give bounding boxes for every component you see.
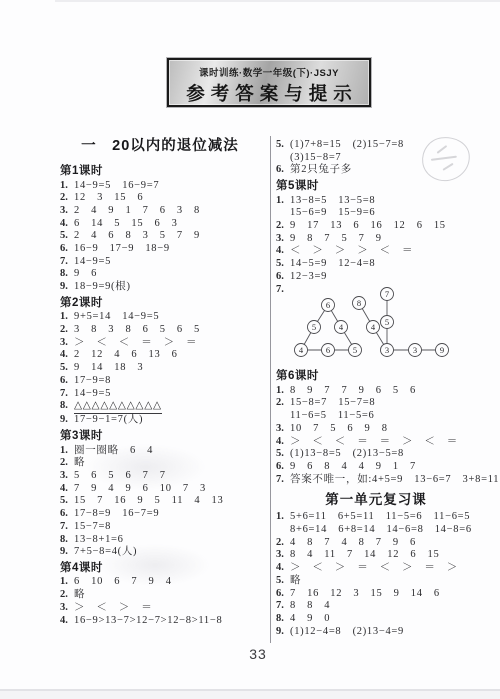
item-number: 7. bbox=[60, 388, 74, 401]
answer-item: 6.9 6 8 4 4 9 1 7 bbox=[276, 461, 476, 474]
answer-item: 7.8 8 4 bbox=[276, 600, 476, 613]
item-text-continued: 11−6=5 11−5=6 bbox=[276, 410, 476, 423]
page-title: 参考答案与提示 bbox=[169, 80, 369, 106]
graph-node-value: 5 bbox=[385, 317, 389, 327]
item-text: 17−9−1=7(人) bbox=[74, 414, 143, 427]
answer-item: 5.14−5=9 12−4=8 bbox=[276, 258, 476, 271]
item-text: 17−9=8 bbox=[74, 375, 111, 388]
answer-item: 2.4 8 7 4 8 7 9 6 bbox=[276, 537, 476, 550]
item-number: 9. bbox=[60, 546, 74, 559]
page-bottom-shadow bbox=[0, 691, 500, 699]
graph-node-value: 6 bbox=[326, 345, 330, 355]
item-text: 15−7=8 bbox=[74, 521, 111, 534]
item-number: 4. bbox=[276, 436, 290, 449]
number-graph-diagram: 6544658745339 bbox=[294, 286, 456, 362]
item-text: 14−9=5 bbox=[74, 256, 111, 269]
item-number: 6. bbox=[276, 588, 290, 601]
item-text: 9+5=14 14−9=5 bbox=[74, 311, 159, 324]
answer-item: 7.6544658745339 bbox=[276, 284, 476, 368]
answer-item: 8.△△△△△△△△△△ bbox=[60, 400, 260, 414]
answer-item: 9.18−9=9(根) bbox=[60, 281, 260, 294]
answer-item: 2.3 8 3 8 6 5 6 5 bbox=[60, 324, 260, 337]
item-number: 7. bbox=[276, 284, 290, 297]
answer-item: 6.12−3=9 bbox=[276, 271, 476, 284]
item-text: 12−3=9 bbox=[290, 271, 327, 284]
item-number: 8. bbox=[60, 268, 74, 281]
answer-item: 3.＞ ＜ ＜ ＝ ＞ ＝ bbox=[60, 337, 260, 350]
item-number: 2. bbox=[276, 537, 290, 550]
item-text: 2 4 6 8 3 5 7 9 bbox=[74, 230, 200, 243]
item-text: 略 bbox=[74, 457, 85, 470]
item-text: 4 9 0 bbox=[290, 613, 330, 626]
item-text: 2 4 9 1 7 6 3 8 bbox=[74, 205, 200, 218]
item-number: 6. bbox=[60, 243, 74, 256]
item-text: 5 6 5 6 7 7 bbox=[74, 470, 166, 483]
item-text-continued: (3)15−8=7 bbox=[276, 152, 476, 165]
answer-item: 4.＜ ＞ ＞ ＞ ＜ ＝ bbox=[276, 245, 476, 258]
graph-node-value: 3 bbox=[385, 345, 389, 355]
answer-item: 7.答案不唯一，如:4+5=9 13−6=7 3+8=11 bbox=[276, 474, 476, 487]
item-number: 8. bbox=[60, 534, 74, 547]
answer-item: 2.12 3 15 6 bbox=[60, 192, 260, 205]
lesson-heading: 第5课时 bbox=[276, 180, 476, 193]
answer-item: 6.第2只兔子多 bbox=[276, 164, 476, 177]
item-text: 第2只兔子多 bbox=[290, 164, 352, 177]
item-text: 7+5−8=4(人) bbox=[74, 546, 137, 559]
graph-wrapper: 6544658745339 bbox=[294, 286, 456, 367]
item-text: 9 6 bbox=[74, 268, 97, 281]
item-text: 13−8=5 13−5=8 bbox=[290, 195, 375, 208]
item-number: 6. bbox=[276, 461, 290, 474]
item-number: 3. bbox=[276, 549, 290, 562]
item-text: (1)12−4=8 (2)13−4=9 bbox=[290, 626, 404, 639]
graph-node-value: 3 bbox=[413, 345, 417, 355]
item-text: 4 8 7 4 8 7 9 6 bbox=[290, 537, 416, 550]
item-number: 1. bbox=[276, 511, 290, 524]
answer-item: 2.9 17 13 6 16 12 6 15 bbox=[276, 220, 476, 233]
item-text: 6 14 5 15 6 3 bbox=[74, 218, 178, 231]
item-number: 7. bbox=[60, 521, 74, 534]
lesson-heading: 第6课时 bbox=[276, 370, 476, 383]
answer-item: 3.5 6 5 6 7 7 bbox=[60, 470, 260, 483]
answer-item: 7.14−9=5 bbox=[60, 388, 260, 401]
item-text-continued: 8+6=14 6+8=14 14−6=8 14−8=6 bbox=[276, 524, 476, 537]
item-number: 3. bbox=[60, 337, 74, 350]
item-text: 9 14 18 3 bbox=[74, 362, 143, 375]
answer-item: 3.10 7 5 6 9 8 bbox=[276, 423, 476, 436]
item-number: 7. bbox=[276, 600, 290, 613]
answer-item: 1.6 10 6 7 9 4 bbox=[60, 576, 260, 589]
item-text: 16−9>13−7>12−7>12−8>11−8 bbox=[74, 615, 222, 628]
item-text: 12 3 15 6 bbox=[74, 192, 143, 205]
item-text: 17−8=9 16−7=9 bbox=[74, 508, 159, 521]
answer-item: 2.15−8=7 15−7=8 bbox=[276, 397, 476, 410]
answer-item: 3.＞ ＜ ＞ ＝ bbox=[60, 602, 260, 615]
item-number: 3. bbox=[60, 205, 74, 218]
answer-item: 5.(1)7+8=15 (2)15−7=8 bbox=[276, 139, 476, 152]
item-number: 7. bbox=[276, 474, 290, 487]
item-text: 14−9=5 16−9=7 bbox=[74, 180, 159, 193]
item-number: 4. bbox=[60, 483, 74, 496]
item-number: 1. bbox=[60, 180, 74, 193]
answer-item: 5.2 4 6 8 3 5 7 9 bbox=[60, 230, 260, 243]
item-number: 3. bbox=[276, 423, 290, 436]
item-text: 略 bbox=[74, 589, 85, 602]
answer-item: 6.16−9 17−9 18−9 bbox=[60, 243, 260, 256]
item-number: 1. bbox=[60, 576, 74, 589]
answer-item: 4.2 12 4 6 13 6 bbox=[60, 349, 260, 362]
answer-item: 5.15 7 16 9 5 11 4 13 bbox=[60, 495, 260, 508]
item-text: 7 9 4 9 6 10 7 3 bbox=[74, 483, 206, 496]
answer-item: 5.(1)13−8=5 (2)13−5=8 bbox=[276, 448, 476, 461]
item-number: 9. bbox=[60, 281, 74, 294]
item-number: 4. bbox=[60, 218, 74, 231]
item-text: 5+6=11 6+5=11 11−5=6 11−6=5 bbox=[290, 511, 470, 524]
item-text: 略 bbox=[290, 575, 301, 588]
item-number: 2. bbox=[276, 397, 290, 410]
answer-item: 4.＞ ＜ ＞ ＝ ＜ ＞ ＝ ＞ bbox=[276, 562, 476, 575]
answer-item: 8.4 9 0 bbox=[276, 613, 476, 626]
item-number: 4. bbox=[276, 562, 290, 575]
item-number: 2. bbox=[60, 324, 74, 337]
item-text: (1)7+8=15 (2)15−7=8 bbox=[290, 139, 404, 152]
answer-item: 5.略 bbox=[276, 575, 476, 588]
answer-item: 1.圈一圈略 6 4 bbox=[60, 445, 260, 458]
item-text-continued: 15−6=9 15−9=6 bbox=[276, 207, 476, 220]
item-text: 答案不唯一，如:4+5=9 13−6=7 3+8=11 bbox=[290, 474, 499, 487]
item-number: 8. bbox=[276, 613, 290, 626]
answer-item: 4.＞ ＜ ＜ ＝ ＝ ＞ ＜ ＝ bbox=[276, 436, 476, 449]
item-text: 9 8 7 5 7 9 bbox=[290, 233, 382, 246]
graph-node-value: 5 bbox=[312, 322, 316, 332]
item-number: 1. bbox=[276, 385, 290, 398]
item-text: 16−9 17−9 18−9 bbox=[74, 243, 170, 256]
answer-item: 6.17−8=9 16−7=9 bbox=[60, 508, 260, 521]
item-text: 6 10 6 7 9 4 bbox=[74, 576, 172, 589]
lesson-heading: 第4课时 bbox=[60, 562, 260, 575]
item-number: 5. bbox=[60, 362, 74, 375]
answer-item: 4.6 14 5 15 6 3 bbox=[60, 218, 260, 231]
answer-item: 8.13−8+1=6 bbox=[60, 534, 260, 547]
graph-node-value: 7 bbox=[385, 289, 389, 299]
lesson-heading: 第1课时 bbox=[60, 165, 260, 178]
item-number: 5. bbox=[276, 258, 290, 271]
item-text: 圈一圈略 6 4 bbox=[74, 445, 153, 458]
answer-item: 9.(1)12−4=8 (2)13−4=9 bbox=[276, 626, 476, 639]
item-number: 4. bbox=[276, 245, 290, 258]
graph-node-value: 9 bbox=[440, 345, 444, 355]
item-text: 8 8 4 bbox=[290, 600, 330, 613]
item-text: 8 4 11 7 14 12 6 15 bbox=[290, 549, 439, 562]
answer-item: 7.15−7=8 bbox=[60, 521, 260, 534]
item-text: 15 7 16 9 5 11 4 13 bbox=[74, 495, 223, 508]
item-number: 1. bbox=[60, 311, 74, 324]
item-number: 7. bbox=[60, 256, 74, 269]
item-number: 5. bbox=[60, 230, 74, 243]
answer-item: 1.14−9=5 16−9=7 bbox=[60, 180, 260, 193]
answer-item: 3.8 4 11 7 14 12 6 15 bbox=[276, 549, 476, 562]
item-text: ＞ ＜ ＜ ＝ ＝ ＞ ＜ ＝ bbox=[290, 436, 458, 449]
item-number: 5. bbox=[276, 139, 290, 152]
answer-item: 1.5+6=11 6+5=11 11−5=6 11−6=5 bbox=[276, 511, 476, 524]
header-banner: 课时训练·数学一年级(下)·JSJY 参考答案与提示 bbox=[167, 58, 371, 107]
answer-item: 4.16−9>13−7>12−7>12−8>11−8 bbox=[60, 615, 260, 628]
answer-item: 7.14−9=5 bbox=[60, 256, 260, 269]
item-text: 18−9=9(根) bbox=[74, 281, 131, 294]
item-text: 3 8 3 8 6 5 6 5 bbox=[74, 324, 200, 337]
item-text: ＞ ＜ ＞ ＝ ＜ ＞ ＝ ＞ bbox=[290, 562, 458, 575]
answer-item: 2.略 bbox=[60, 589, 260, 602]
column-divider bbox=[270, 136, 271, 643]
item-number: 5. bbox=[276, 575, 290, 588]
answer-item: 4.7 9 4 9 6 10 7 3 bbox=[60, 483, 260, 496]
item-number: 9. bbox=[60, 414, 74, 427]
item-number: 2. bbox=[60, 457, 74, 470]
item-text: 8 9 7 7 9 6 5 6 bbox=[290, 385, 416, 398]
answer-item: 1.8 9 7 7 9 6 5 6 bbox=[276, 385, 476, 398]
answer-item: 9.17−9−1=7(人) bbox=[60, 414, 260, 427]
page-number: 33 bbox=[238, 646, 278, 662]
item-number: 3. bbox=[60, 602, 74, 615]
scanned-answer-page: 课时训练·数学一年级(下)·JSJY 参考答案与提示 一 20以内的退位减法第1… bbox=[0, 0, 500, 699]
item-text: 10 7 5 6 9 8 bbox=[290, 423, 388, 436]
item-text: (1)13−8=5 (2)13−5=8 bbox=[290, 448, 404, 461]
item-number: 5. bbox=[276, 448, 290, 461]
item-text: △△△△△△△△△△ bbox=[74, 400, 162, 414]
item-text: ＜ ＞ ＞ ＞ ＜ ＝ bbox=[290, 245, 413, 258]
item-number: 6. bbox=[276, 271, 290, 284]
item-number: 5. bbox=[60, 495, 74, 508]
item-text: 15−8=7 15−7=8 bbox=[290, 397, 375, 410]
graph-node-value: 5 bbox=[353, 345, 357, 355]
answer-item: 1.13−8=5 13−5=8 bbox=[276, 195, 476, 208]
item-number: 3. bbox=[60, 470, 74, 483]
graph-node-value: 8 bbox=[357, 298, 361, 308]
answer-item: 1.9+5=14 14−9=5 bbox=[60, 311, 260, 324]
answer-item: 6.7 16 12 3 15 9 14 6 bbox=[276, 588, 476, 601]
answer-item: 2.略 bbox=[60, 457, 260, 470]
item-number: 6. bbox=[276, 164, 290, 177]
answer-item: 5.9 14 18 3 bbox=[60, 362, 260, 375]
item-number: 3. bbox=[276, 233, 290, 246]
page-top-edge bbox=[55, 0, 500, 2]
item-number: 1. bbox=[60, 445, 74, 458]
item-number: 6. bbox=[60, 508, 74, 521]
item-number: 8. bbox=[60, 400, 74, 413]
answers-column-right: 5.(1)7+8=15 (2)15−7=8(3)15−8=76.第2只兔子多第5… bbox=[276, 139, 476, 638]
answer-item: 9.7+5−8=4(人) bbox=[60, 546, 260, 559]
item-text: 13−8+1=6 bbox=[74, 534, 124, 547]
item-text: ＞ ＜ ＞ ＝ bbox=[74, 602, 152, 615]
answer-item: 3.2 4 9 1 7 6 3 8 bbox=[60, 205, 260, 218]
item-text: 2 12 4 6 13 6 bbox=[74, 349, 178, 362]
item-number: 1. bbox=[276, 195, 290, 208]
book-series-label: 课时训练·数学一年级(下)·JSJY bbox=[169, 65, 369, 79]
answer-item: 8.9 6 bbox=[60, 268, 260, 281]
item-number: 2. bbox=[60, 192, 74, 205]
answer-item: 6.17−9=8 bbox=[60, 375, 260, 388]
item-number: 4. bbox=[60, 349, 74, 362]
item-text: 14−5=9 12−4=8 bbox=[290, 258, 375, 271]
review-heading: 第一单元复习课 bbox=[276, 491, 476, 508]
item-text: 9 17 13 6 16 12 6 15 bbox=[290, 220, 446, 233]
item-number: 2. bbox=[60, 589, 74, 602]
item-number: 9. bbox=[276, 626, 290, 639]
item-number: 2. bbox=[276, 220, 290, 233]
answer-item: 3.9 8 7 5 7 9 bbox=[276, 233, 476, 246]
item-number: 4. bbox=[60, 615, 74, 628]
item-number: 6. bbox=[60, 375, 74, 388]
answers-column-left: 一 20以内的退位减法第1课时1.14−9=5 16−9=72.12 3 15 … bbox=[60, 137, 260, 627]
item-text: ＞ ＜ ＜ ＝ ＞ ＝ bbox=[74, 337, 197, 350]
item-text: 9 6 8 4 4 9 1 7 bbox=[290, 461, 416, 474]
unit-heading: 一 20以内的退位减法 bbox=[60, 137, 260, 155]
item-text: 14−9=5 bbox=[74, 388, 111, 401]
item-text: 7 16 12 3 15 9 14 6 bbox=[290, 588, 440, 601]
graph-node-value: 6 bbox=[326, 300, 330, 310]
lesson-heading: 第3课时 bbox=[60, 430, 260, 443]
lesson-heading: 第2课时 bbox=[60, 297, 260, 310]
